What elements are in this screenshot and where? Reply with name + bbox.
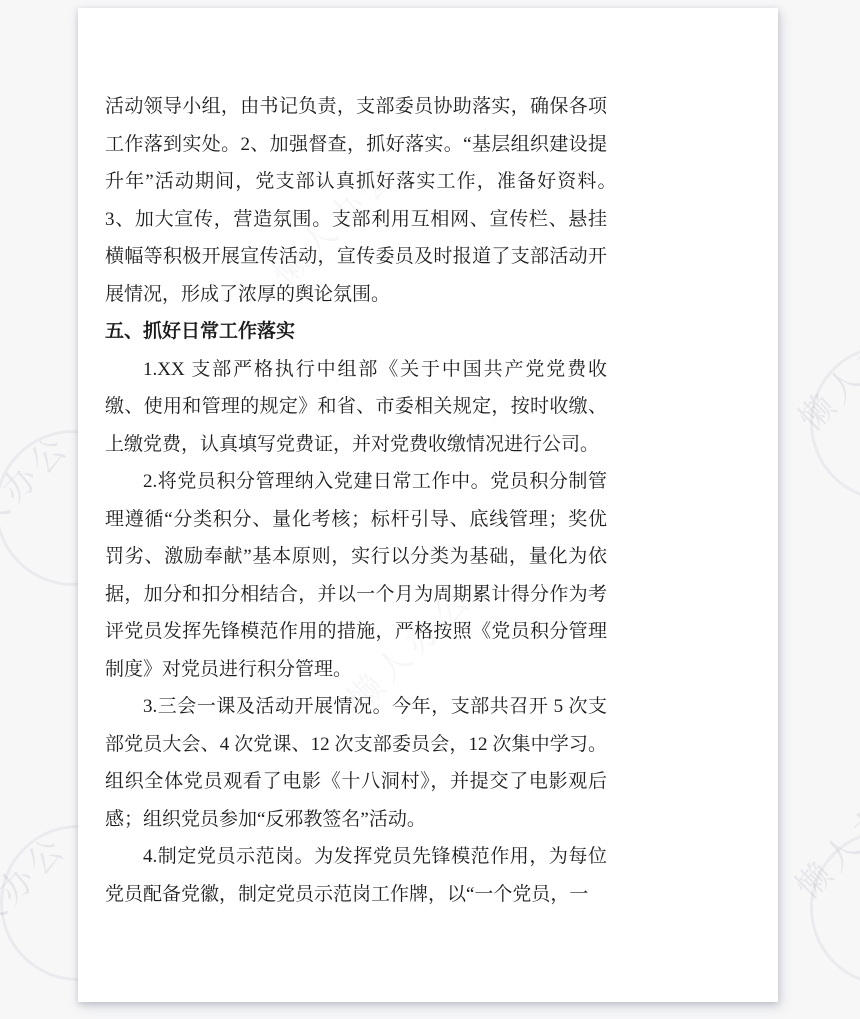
watermark-ring xyxy=(810,830,860,986)
watermark-ring xyxy=(810,345,860,501)
page-background: 懒人办公 懒人办公 懒人办公 懒人办公 懒人办公 懒人办公 活动领导小组，由书记… xyxy=(0,0,860,1019)
document-text: 活动领导小组，由书记负责，支部委员协助落实，确保各项工作落到实处。2、加强督查，… xyxy=(105,88,607,913)
paragraph: 3.三会一课及活动开展情况。今年，支部共召开 5 次支部党员大会、4 次党课、1… xyxy=(105,688,607,838)
watermark-text: 懒人办公 xyxy=(0,413,86,568)
section-heading: 五、抓好日常工作落实 xyxy=(105,313,607,351)
watermark-text: 懒人办公 xyxy=(0,814,83,969)
paragraph: 1.XX 支部严格执行中组部《关于中国共产党党费收缴、使用和管理的规定》和省、市… xyxy=(105,351,607,464)
paragraph: 2.将党员积分管理纳入党建日常工作中。党员积分制管理遵循“分类积分、量化考核；标… xyxy=(105,463,607,688)
paragraph: 4.制定党员示范岗。为发挥党员先锋模范作用，为每位党员配备党徽，制定党员示范岗工… xyxy=(105,838,607,913)
paragraph: 活动领导小组，由书记负责，支部委员协助落实，确保各项工作落到实处。2、加强督查，… xyxy=(105,88,607,313)
watermark-text: 懒人办公 xyxy=(783,753,860,908)
watermark-text: 懒人办公 xyxy=(786,285,860,440)
